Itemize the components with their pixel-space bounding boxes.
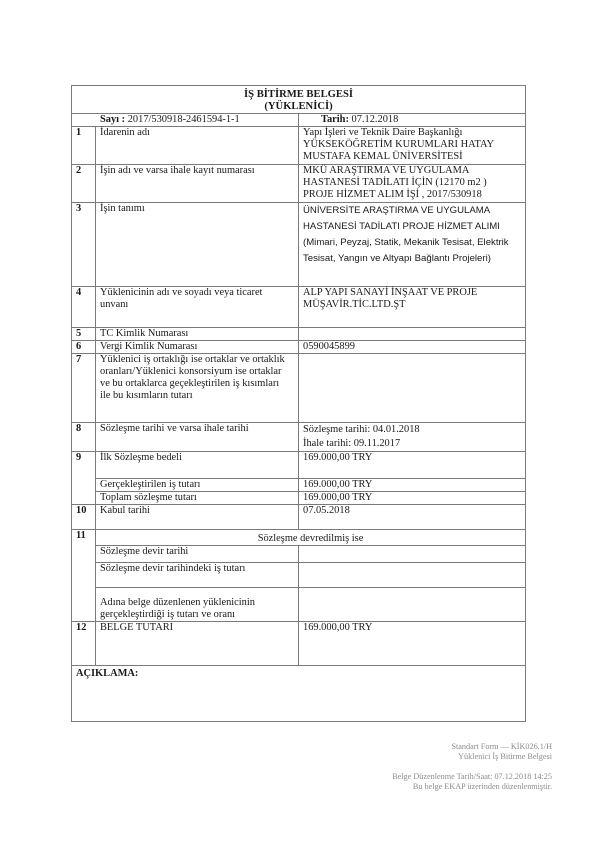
row-value: ÜNİVERSİTE ARAŞTIRMA VE UYGULAMA HASTANE… — [299, 203, 526, 287]
value-line: PROJE HİZMET ALIM İŞİ , 2017/530918 — [303, 189, 521, 201]
form-code: Standart Form — KİK026.1/H — [451, 742, 552, 752]
table-row: 3 İşin tanımı ÜNİVERSİTE ARAŞTIRMA VE UY… — [72, 203, 526, 287]
value-line: MKÜ ARAŞTIRMA VE UYGULAMA — [303, 165, 521, 177]
label-line: ile bu kısımların tutarı — [100, 390, 294, 402]
issue-source: Bu belge EKAP üzerinden düzenlenmiştir. — [392, 782, 552, 792]
table-row: 6 Vergi Kimlik Numarası 0590045899 — [72, 341, 526, 354]
row-label: Kabul tarihi — [96, 505, 299, 530]
value-line: YÜKSEKÖĞRETİM KURUMLARI HATAY — [303, 139, 521, 151]
tarih-label: Tarih: — [321, 114, 349, 125]
label-line: ve bu ortaklarca geçekleştirilen iş kısı… — [100, 378, 294, 390]
tarih-cell: Tarih: 07.12.2018 — [299, 114, 526, 127]
table-row: Sözleşme devir tarihindeki iş tutarı — [72, 563, 526, 588]
row-number: 7 — [72, 354, 96, 423]
row-value: 169.000,00 TRY — [299, 492, 526, 505]
row-value — [299, 546, 526, 563]
row-value: 169.000,00 TRY — [299, 622, 526, 666]
row-label: Yüklenicinin adı ve soyadı veya ticaret … — [96, 287, 299, 328]
row-number: 2 — [72, 165, 96, 203]
table-row: 9 İlk Sözleşme bedeli 169.000,00 TRY — [72, 452, 526, 479]
sayi-cell: Sayı : 2017/530918-2461594-1-1 — [72, 114, 299, 127]
row-number: 4 — [72, 287, 96, 328]
table-row: 11 Sözleşme devredilmiş ise — [72, 530, 526, 546]
aciklama-label: AÇIKLAMA: — [76, 668, 138, 679]
document-page: İŞ BİTİRME BELGESİ (YÜKLENİCİ) Sayı : 20… — [0, 0, 614, 842]
value-line: HASTANESİ TADİLATI İÇİN (12170 m2 ) — [303, 177, 521, 189]
table-row: 1 İdarenin adı Yapı İşleri ve Teknik Dai… — [72, 127, 526, 165]
row-number: 9 — [72, 452, 96, 505]
sayi-tarih-row: Sayı : 2017/530918-2461594-1-1 Tarih: 07… — [72, 114, 526, 127]
form-name: Yüklenici İş Bitirme Belgesi — [451, 752, 552, 762]
value-line: Yapı İşleri ve Teknik Daire Başkanlığı — [303, 127, 521, 139]
label-line: Yüklenicinin adı ve soyadı veya ticaret — [100, 287, 294, 299]
aciklama-row: AÇIKLAMA: — [72, 666, 526, 722]
value-line: MUSTAFA KEMAL ÜNİVERSİTESİ — [303, 151, 521, 163]
row-number: 5 — [72, 328, 96, 341]
value-line: ALP YAPI SANAYİ İNŞAAT VE PROJE — [303, 287, 521, 299]
row-label: BELGE TUTARI — [96, 622, 299, 666]
row-label: Yüklenici iş ortaklığı ise ortaklar ve o… — [96, 354, 299, 423]
row-value: MKÜ ARAŞTIRMA VE UYGULAMA HASTANESİ TADİ… — [299, 165, 526, 203]
table-row: 2 İşin adı ve varsa ihale kayıt numarası… — [72, 165, 526, 203]
subtitle-text: (YÜKLENİCİ) — [76, 101, 521, 113]
row-label: Vergi Kimlik Numarası — [96, 341, 299, 354]
is-bitirme-belgesi-table: İŞ BİTİRME BELGESİ (YÜKLENİCİ) Sayı : 20… — [71, 85, 526, 722]
label-line: gerçekleştirdiği iş tutarı ve oranı — [100, 609, 294, 621]
row-number: 1 — [72, 127, 96, 165]
row-value: 169.000,00 TRY — [299, 479, 526, 492]
row-label: İlk Sözleşme bedeli — [96, 452, 299, 479]
row-label: İşin tanımı — [96, 203, 299, 287]
table-row: 10 Kabul tarihi 07.05.2018 — [72, 505, 526, 530]
row-value: 07.05.2018 — [299, 505, 526, 530]
row-label: Toplam sözleşme tutarı — [96, 492, 299, 505]
row-value — [299, 354, 526, 423]
sayi-value: 2017/530918-2461594-1-1 — [128, 114, 240, 125]
table-row: Toplam sözleşme tutarı 169.000,00 TRY — [72, 492, 526, 505]
row-value — [299, 328, 526, 341]
issue-datetime: Belge Düzenlenme Tarih/Saat: 07.12.2018 … — [392, 772, 552, 782]
row-value: ALP YAPI SANAYİ İNŞAAT VE PROJE MÜŞAVİR.… — [299, 287, 526, 328]
value-line: Tesisat, Yangın ve Altyapı Bağlantı Proj… — [303, 251, 521, 267]
row-value — [299, 588, 526, 622]
row-label: TC Kimlik Numarası — [96, 328, 299, 341]
table-row: 5 TC Kimlik Numarası — [72, 328, 526, 341]
tarih-value: 07.12.2018 — [352, 114, 399, 125]
label-line: unvanı — [100, 299, 294, 311]
row-value — [299, 563, 526, 588]
row-label: Sözleşme devir tarihindeki iş tutarı — [96, 563, 299, 588]
table-row: Sözleşme devir tarihi — [72, 546, 526, 563]
value-line: HASTANESİ TADİLATI PROJE HİZMET ALIMI — [303, 219, 521, 235]
section-title: Sözleşme devredilmiş ise — [96, 530, 526, 546]
label-line: Yüklenici iş ortaklığı ise ortaklar ve o… — [100, 354, 294, 366]
title-row: İŞ BİTİRME BELGESİ (YÜKLENİCİ) — [72, 86, 526, 114]
row-value: 169.000,00 TRY — [299, 452, 526, 479]
sayi-label: Sayı : — [100, 114, 125, 125]
row-label: İşin adı ve varsa ihale kayıt numarası — [96, 165, 299, 203]
table-row: Gerçekleştirilen iş tutarı 169.000,00 TR… — [72, 479, 526, 492]
value-line: İhale tarihi: 09.11.2017 — [303, 437, 521, 451]
row-number: 3 — [72, 203, 96, 287]
table-row: 7 Yüklenici iş ortaklığı ise ortaklar ve… — [72, 354, 526, 423]
document-title: İŞ BİTİRME BELGESİ (YÜKLENİCİ) — [72, 86, 526, 114]
row-value: Yapı İşleri ve Teknik Daire Başkanlığı Y… — [299, 127, 526, 165]
value-line: Sözleşme tarihi: 04.01.2018 — [303, 423, 521, 437]
value-line: MÜŞAVİR.TİC.LTD.ŞT — [303, 299, 521, 311]
issue-info: Belge Düzenlenme Tarih/Saat: 07.12.2018 … — [392, 772, 552, 792]
value-line: ÜNİVERSİTE ARAŞTIRMA VE UYGULAMA — [303, 203, 521, 219]
row-label: Sözleşme tarihi ve varsa ihale tarihi — [96, 423, 299, 452]
row-label: Adına belge düzenlenen yüklenicinin gerç… — [96, 588, 299, 622]
form-info: Standart Form — KİK026.1/H Yüklenici İş … — [451, 742, 552, 762]
row-number: 12 — [72, 622, 96, 666]
row-value: Sözleşme tarihi: 04.01.2018 İhale tarihi… — [299, 423, 526, 452]
table-row: 12 BELGE TUTARI 169.000,00 TRY — [72, 622, 526, 666]
row-value: 0590045899 — [299, 341, 526, 354]
value-line: (Mimari, Peyzaj, Statik, Mekanik Tesisat… — [303, 235, 521, 251]
row-number: 6 — [72, 341, 96, 354]
label-line: oranları/Yüklenici konsorsiyum ise ortak… — [100, 366, 294, 378]
row-label: İdarenin adı — [96, 127, 299, 165]
row-number: 11 — [72, 530, 96, 622]
table-row: Adına belge düzenlenen yüklenicinin gerç… — [72, 588, 526, 622]
label-line: Adına belge düzenlenen yüklenicinin — [100, 597, 294, 609]
table-row: 4 Yüklenicinin adı ve soyadı veya ticare… — [72, 287, 526, 328]
row-number: 8 — [72, 423, 96, 452]
row-label: Sözleşme devir tarihi — [96, 546, 299, 563]
table-row: 8 Sözleşme tarihi ve varsa ihale tarihi … — [72, 423, 526, 452]
row-number: 10 — [72, 505, 96, 530]
title-text: İŞ BİTİRME BELGESİ — [76, 89, 521, 101]
row-label: Gerçekleştirilen iş tutarı — [96, 479, 299, 492]
aciklama-cell: AÇIKLAMA: — [72, 666, 526, 722]
